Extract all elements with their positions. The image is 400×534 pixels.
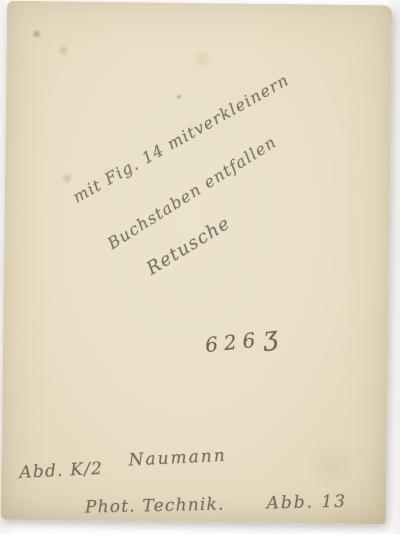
caption-figure-number: Abb. 13 xyxy=(266,492,347,514)
archive-number-flourish: ʒ xyxy=(261,321,279,352)
caption-source-title: Phot. Technik. xyxy=(85,494,225,517)
photo-paper-back: mit Fig. 14 mitverkleinern Buchstaben en… xyxy=(1,1,392,525)
scan-background: mit Fig. 14 mitverkleinern Buchstaben en… xyxy=(0,0,400,534)
pencil-caption-line-2: Phot. Technik.Abb. 13 xyxy=(85,492,348,518)
pencil-archive-number: 626ʒ xyxy=(204,321,280,359)
caption-author-name: Naumann xyxy=(128,446,227,471)
caption-abbreviation: Abd. K/2 xyxy=(19,459,104,483)
archive-number-digits: 626 xyxy=(204,327,262,357)
pencil-caption-line-1: Abd. K/2Naumann xyxy=(19,453,228,483)
